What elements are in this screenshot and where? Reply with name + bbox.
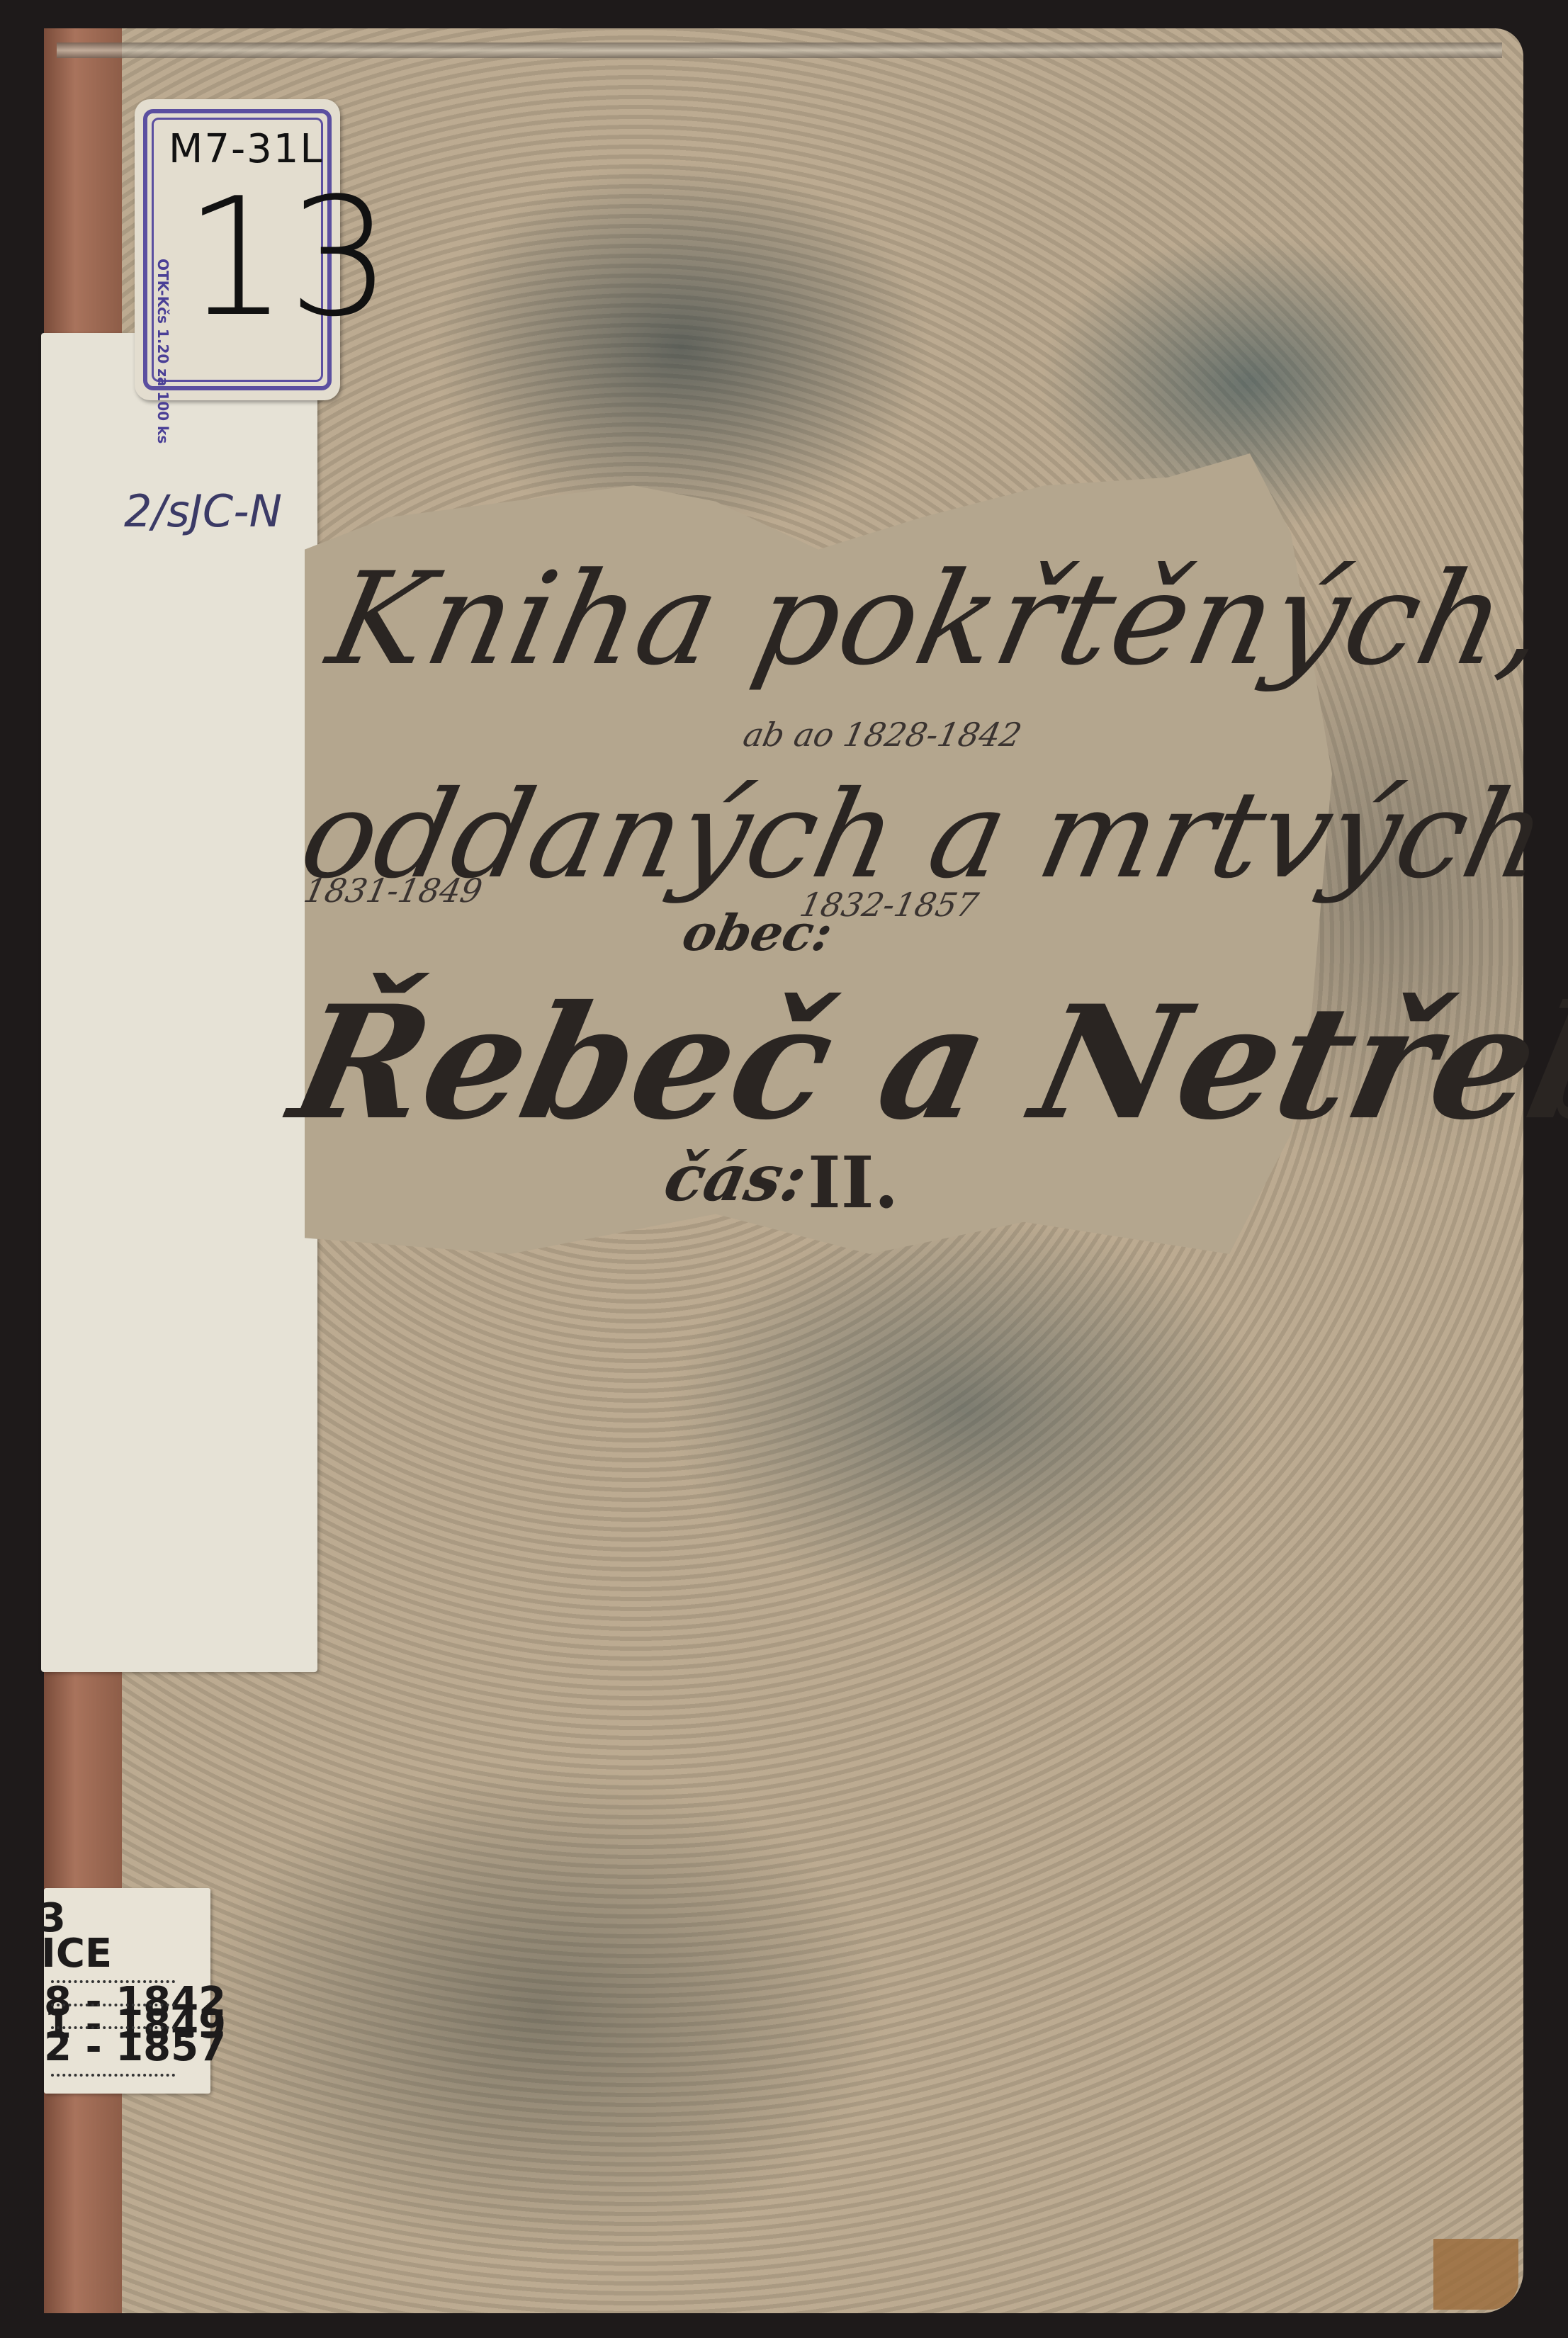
catalog-number: 13 bbox=[184, 177, 392, 340]
catalog-price-print: OTK-Kčs 1.20 za 100 ks bbox=[154, 259, 171, 444]
cover-top-edge bbox=[57, 43, 1502, 58]
title-line-1: Kniha pokřtěných, bbox=[317, 546, 1562, 694]
title-date-baptisms: ab ao 1828-1842 bbox=[740, 716, 1025, 754]
spine-handwritten-note: 2/sJC-N bbox=[124, 485, 282, 537]
worn-corner bbox=[1433, 2239, 1518, 2310]
sticker-line-4: 2 - 1857 bbox=[44, 2024, 226, 2070]
obec-label: obec: bbox=[677, 903, 837, 962]
catalog-label: M7-31L 13 OTK-Kčs 1.20 za 100 ks bbox=[135, 99, 340, 400]
place-name: Řebeč a Netřeba bbox=[278, 971, 1568, 1154]
part-number: II. bbox=[808, 1141, 898, 1224]
sticker-line-1: ICE bbox=[41, 1931, 112, 1977]
bottom-archive-sticker: 3 ICE 8 - 1842 1 - 1849 2 - 1857 bbox=[44, 1888, 210, 2094]
sticker-dotted-line bbox=[51, 2074, 175, 2077]
title-date-marriages: 1831-1849 bbox=[300, 871, 485, 910]
part-label: čás: bbox=[658, 1141, 814, 1216]
